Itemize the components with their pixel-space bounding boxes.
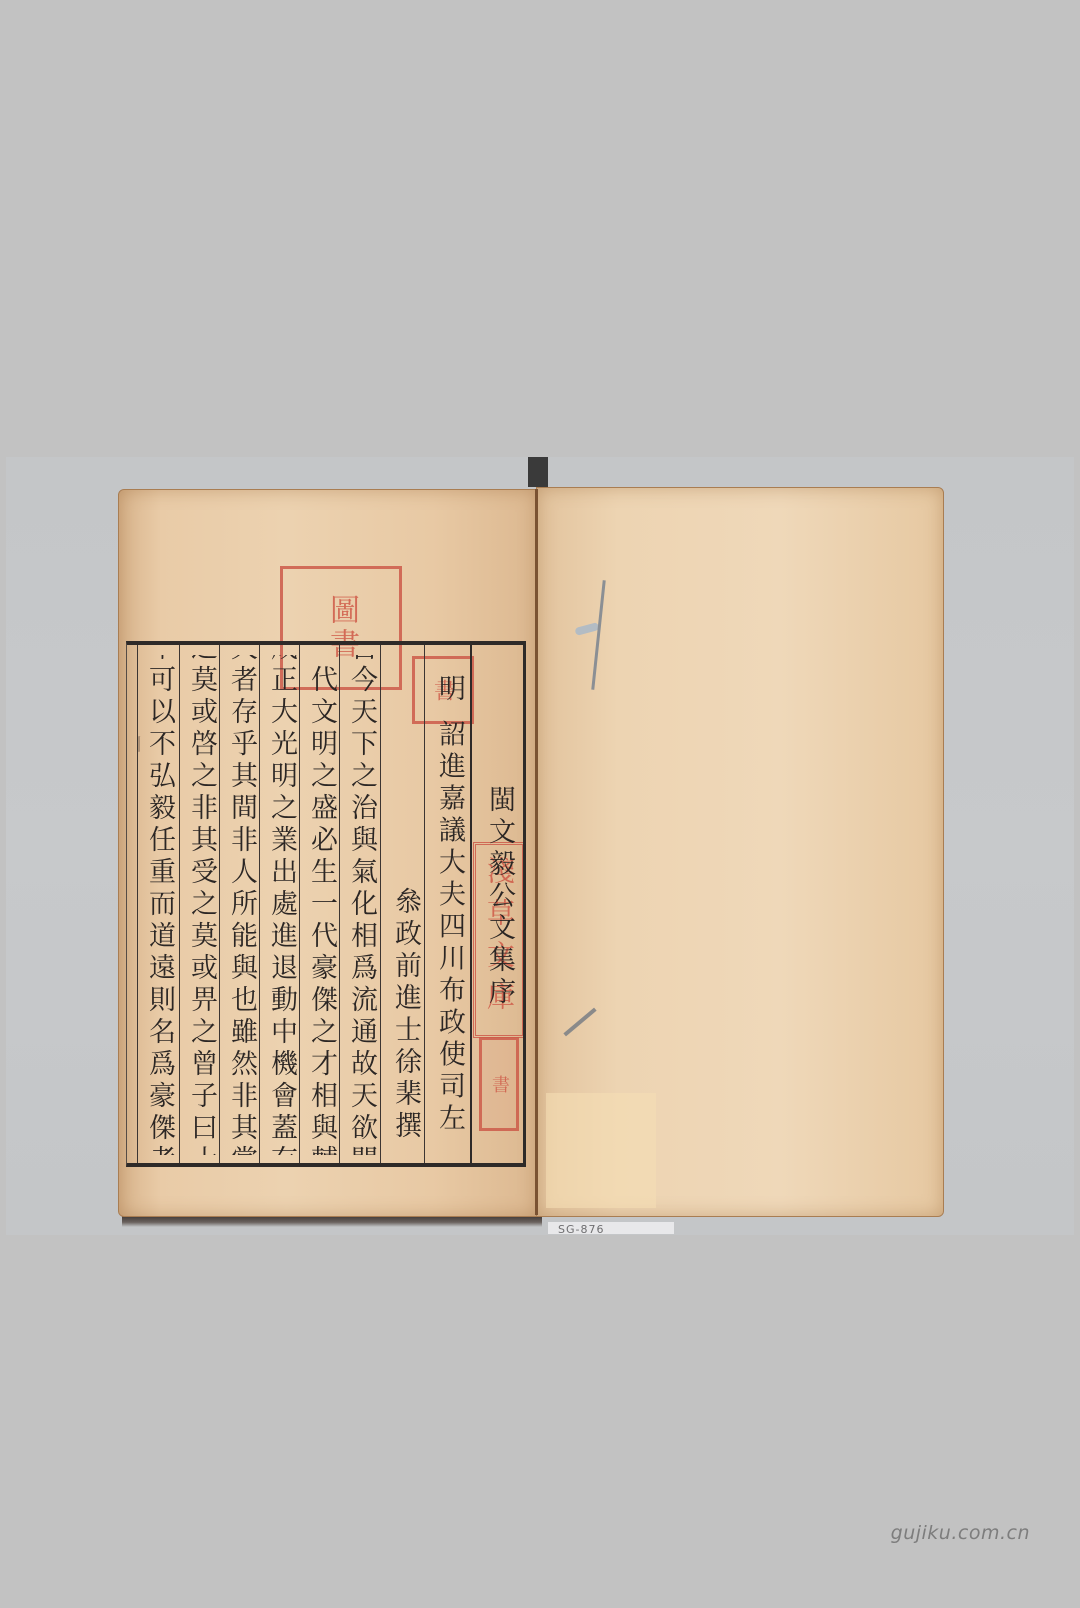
column-rule: [179, 645, 180, 1163]
spine-shadow: [528, 457, 548, 487]
watermark: gujiku.com.cn: [891, 1522, 1030, 1544]
body-column-4: 天者存乎其間非人所能與也雖然非其當: [221, 655, 261, 1155]
column-rule: [137, 645, 138, 1163]
text-block: 閩文毅公文集序 明 詔進嘉議大夫四川布政使司左 叅政前進士徐棐撰 古今天下之治與…: [126, 641, 526, 1167]
author-line-2: 叅政前進士徐棐撰: [385, 765, 425, 1265]
accession-label: SG-876: [548, 1222, 674, 1234]
body-column-1: 古今天下之治與氣化相爲流通故天欲開: [341, 655, 381, 1155]
book-gutter: [535, 489, 538, 1215]
body-column-3: 成正大光明之業出處進退動中機會蓋有: [261, 655, 301, 1155]
paper-repair-patch: [546, 1093, 656, 1208]
column-rule: [470, 645, 472, 1163]
author-line-1: 明 詔進嘉議大夫四川布政使司左: [429, 655, 469, 1155]
body-column-2: 一代文明之盛必生一代豪傑之才相與輔: [301, 655, 341, 1155]
title-column: 閩文毅公文集序: [479, 647, 519, 1147]
body-column-6: 不可以不弘毅任重而道遠則名爲豪傑者: [139, 655, 179, 1155]
body-column-5: 之莫或啓之非其受之莫或畀之曾子曰士: [181, 655, 221, 1155]
